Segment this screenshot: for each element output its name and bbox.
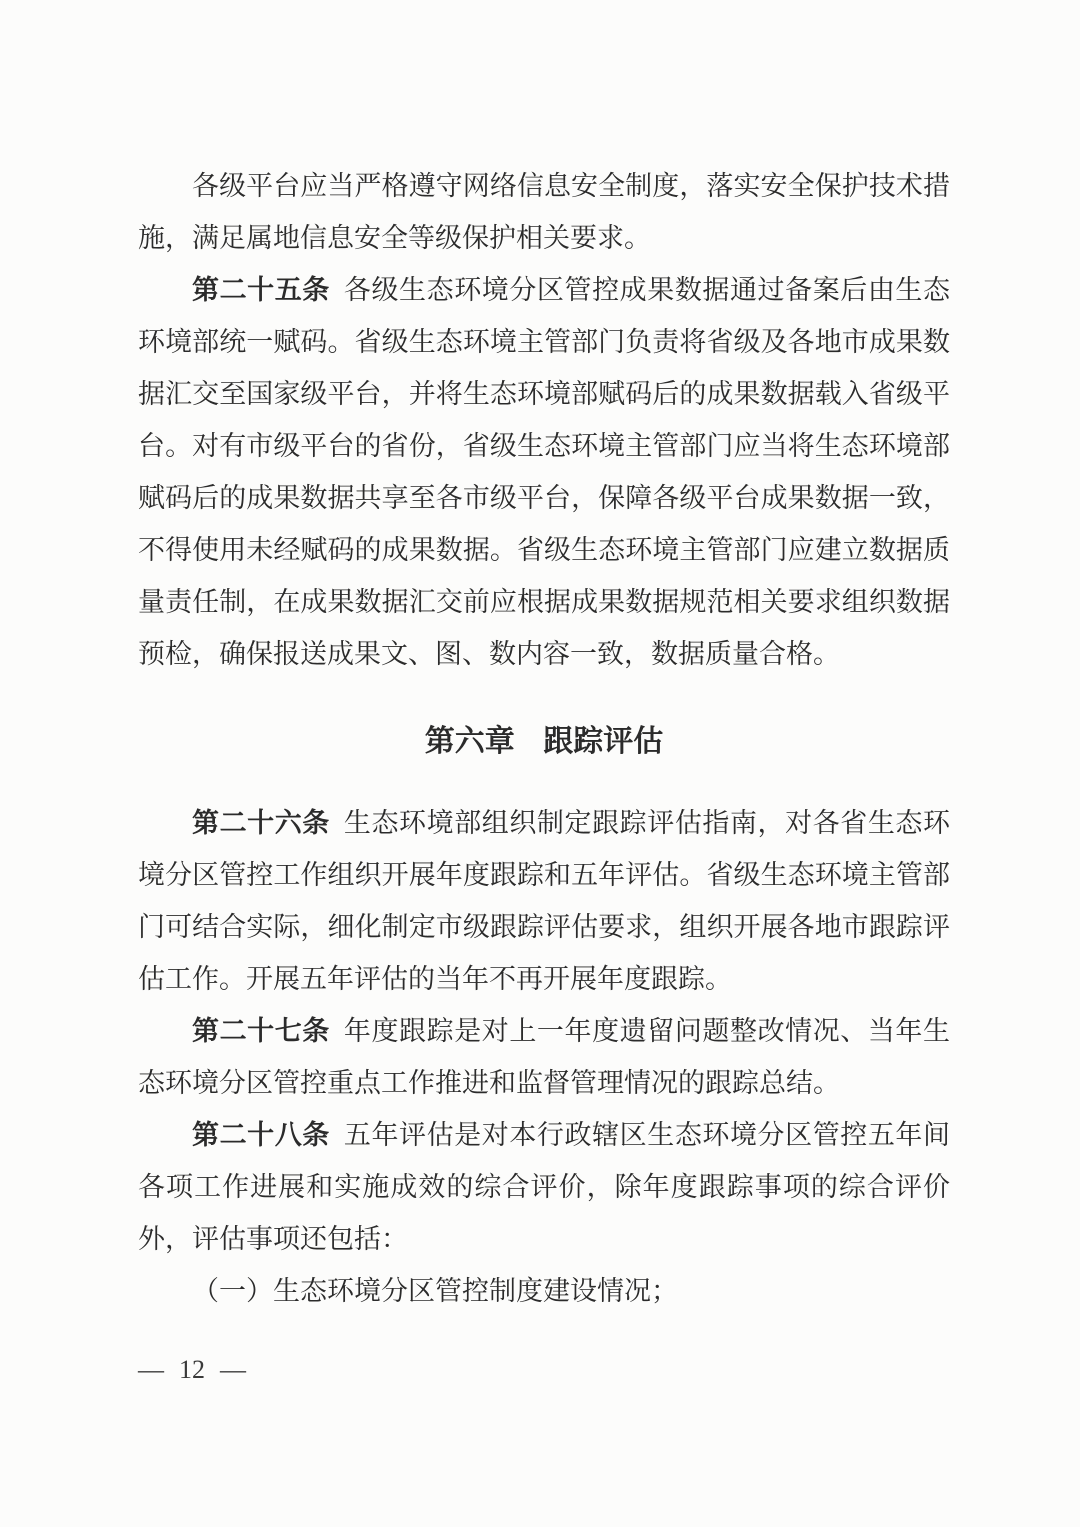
chapter-6-number: 第六章 xyxy=(425,725,515,758)
article-26-number: 第二十六条 xyxy=(192,808,330,838)
article-25-number: 第二十五条 xyxy=(192,275,330,305)
page-footer: — 12 — xyxy=(138,1350,246,1390)
article-28-number: 第二十八条 xyxy=(192,1120,330,1150)
article-25-text: 各级生态环境分区管控成果数据通过备案后由生态环境部统一赋码。省级生态环境主管部门… xyxy=(138,275,950,669)
paragraph-article-25: 第二十五条各级生态环境分区管控成果数据通过备案后由生态环境部统一赋码。省级生态环… xyxy=(138,264,950,680)
article-27-number: 第二十七条 xyxy=(192,1016,330,1046)
list-item-1: （一）生态环境分区管控制度建设情况； xyxy=(138,1265,950,1317)
document-body: 各级平台应当严格遵守网络信息安全制度，落实安全保护技术措施，满足属地信息安全等级… xyxy=(138,160,950,1317)
page-number: 12 xyxy=(179,1350,205,1390)
footer-dash-left: — xyxy=(138,1350,164,1390)
paragraph-platform-security: 各级平台应当严格遵守网络信息安全制度，落实安全保护技术措施，满足属地信息安全等级… xyxy=(138,160,950,264)
paragraph-article-26: 第二十六条生态环境部组织制定跟踪评估指南，对各省生态环境分区管控工作组织开展年度… xyxy=(138,797,950,1005)
chapter-6-title: 跟踪评估 xyxy=(543,725,663,758)
paragraph-article-28: 第二十八条五年评估是对本行政辖区生态环境分区管控五年间各项工作进展和实施成效的综… xyxy=(138,1109,950,1265)
paragraph-article-27: 第二十七条年度跟踪是对上一年度遗留问题整改情况、当年生态环境分区管控重点工作推进… xyxy=(138,1005,950,1109)
footer-dash-right: — xyxy=(220,1350,246,1390)
chapter-6-heading: 第六章跟踪评估 xyxy=(138,716,950,768)
